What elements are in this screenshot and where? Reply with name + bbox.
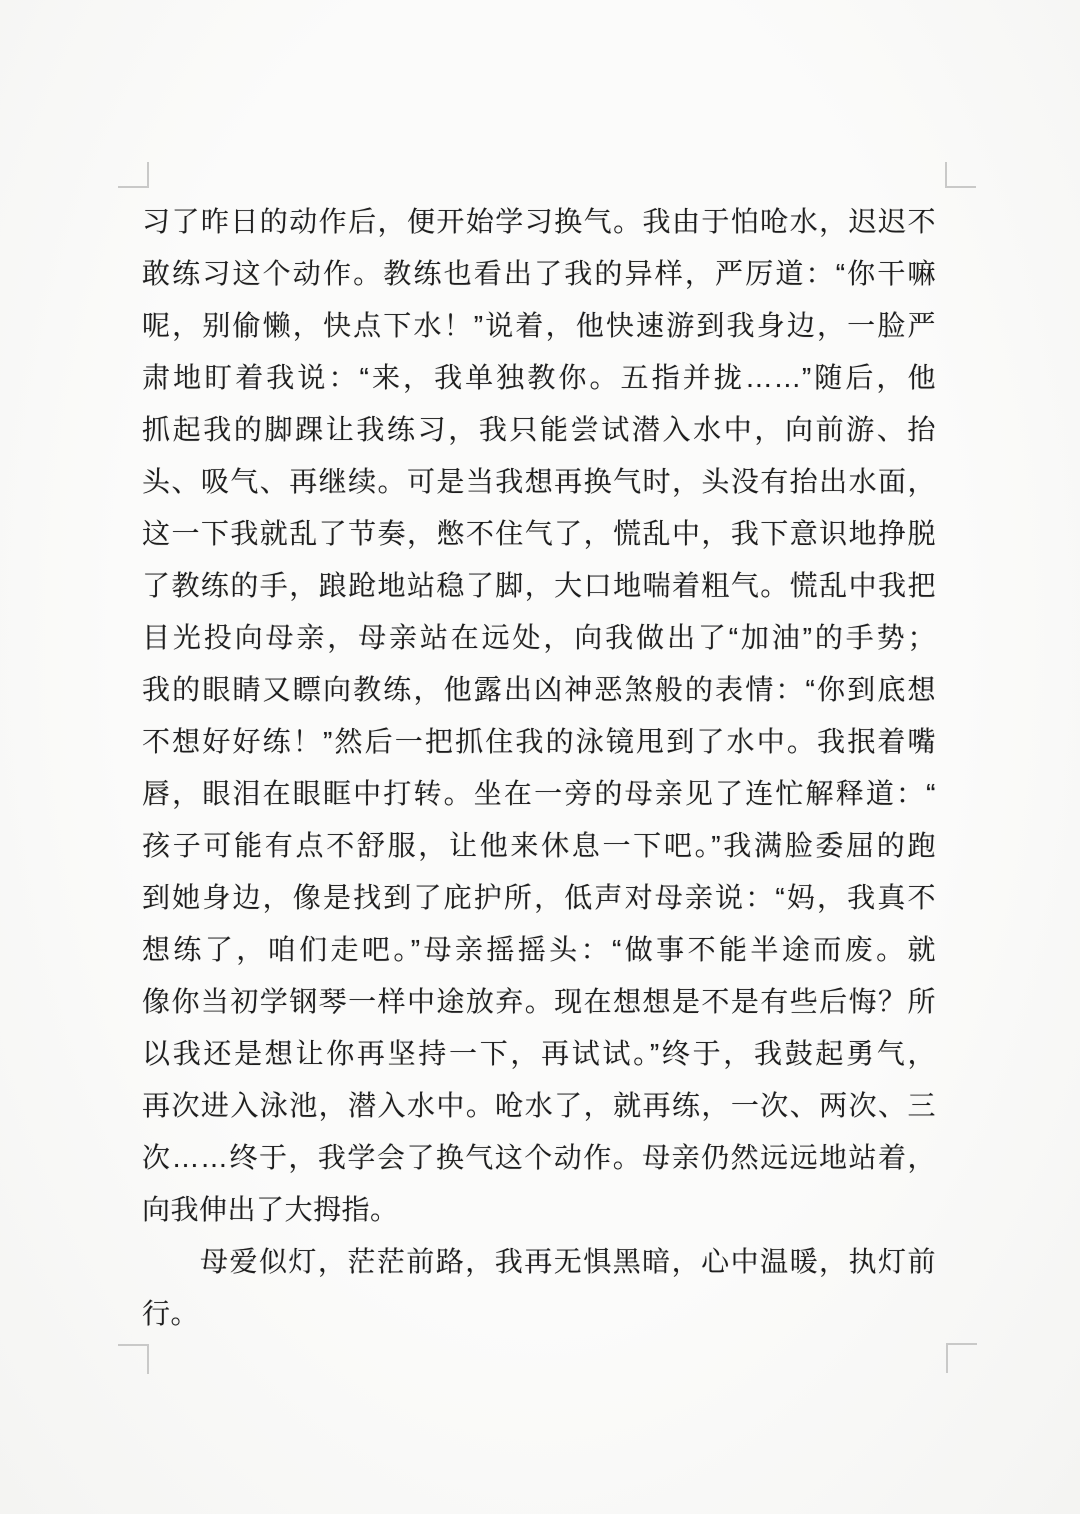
text-line: 敢练习这个动作。教练也看出了我的异样，严厉道：“你干嘛	[142, 248, 936, 300]
essay-body: 习了昨日的动作后，便开始学习换气。我由于怕呛水，迟迟不 敢练习这个动作。教练也看…	[142, 196, 936, 1340]
text-line: 目光投向母亲，母亲站在远处，向我做出了“加油”的手势；	[142, 612, 936, 664]
text-line: 呢，别偷懒，快点下水！”说着，他快速游到我身边，一脸严	[142, 300, 936, 352]
text-line: 习了昨日的动作后，便开始学习换气。我由于怕呛水，迟迟不	[142, 196, 936, 248]
crop-mark-bottom-right	[946, 1343, 977, 1373]
crop-mark-top-left	[118, 162, 149, 188]
crop-mark-top-right	[945, 162, 976, 188]
scanned-essay-page: 习了昨日的动作后，便开始学习换气。我由于怕呛水，迟迟不 敢练习这个动作。教练也看…	[0, 0, 1080, 1514]
text-line: 母爱似灯，茫茫前路，我再无惧黑暗，心中温暖，执灯前	[142, 1236, 936, 1288]
text-line: 以我还是想让你再坚持一下，再试试。”终于，我鼓起勇气，	[142, 1028, 936, 1080]
text-line: 不想好好练！”然后一把抓住我的泳镜甩到了水中。我抿着嘴	[142, 716, 936, 768]
text-line: 向我伸出了大拇指。	[142, 1184, 936, 1236]
text-line: 头、吸气、再继续。可是当我想再换气时，头没有抬出水面，	[142, 456, 936, 508]
text-line: 再次进入泳池，潜入水中。呛水了，就再练，一次、两次、三	[142, 1080, 936, 1132]
text-line: 到她身边，像是找到了庇护所，低声对母亲说：“妈，我真不	[142, 872, 936, 924]
text-line: 这一下我就乱了节奏，憋不住气了，慌乱中，我下意识地挣脱	[142, 508, 936, 560]
text-line: 我的眼睛又瞟向教练，他露出凶神恶煞般的表情：“你到底想	[142, 664, 936, 716]
text-line: 了教练的手，踉跄地站稳了脚，大口地喘着粗气。慌乱中我把	[142, 560, 936, 612]
text-line: 想练了，咱们走吧。”母亲摇摇头：“做事不能半途而废。就	[142, 924, 936, 976]
text-line: 像你当初学钢琴一样中途放弃。现在想想是不是有些后悔？所	[142, 976, 936, 1028]
text-line: 唇，眼泪在眼眶中打转。坐在一旁的母亲见了连忙解释道：“	[142, 768, 936, 820]
crop-mark-bottom-left	[118, 1344, 149, 1374]
text-line: 次……终于，我学会了换气这个动作。母亲仍然远远地站着，	[142, 1132, 936, 1184]
text-line: 肃地盯着我说：“来，我单独教你。五指并拢……”随后，他	[142, 352, 936, 404]
text-line: 抓起我的脚踝让我练习，我只能尝试潜入水中，向前游、抬	[142, 404, 936, 456]
text-line: 孩子可能有点不舒服，让他来休息一下吧。”我满脸委屈的跑	[142, 820, 936, 872]
text-line: 行。	[142, 1288, 936, 1340]
